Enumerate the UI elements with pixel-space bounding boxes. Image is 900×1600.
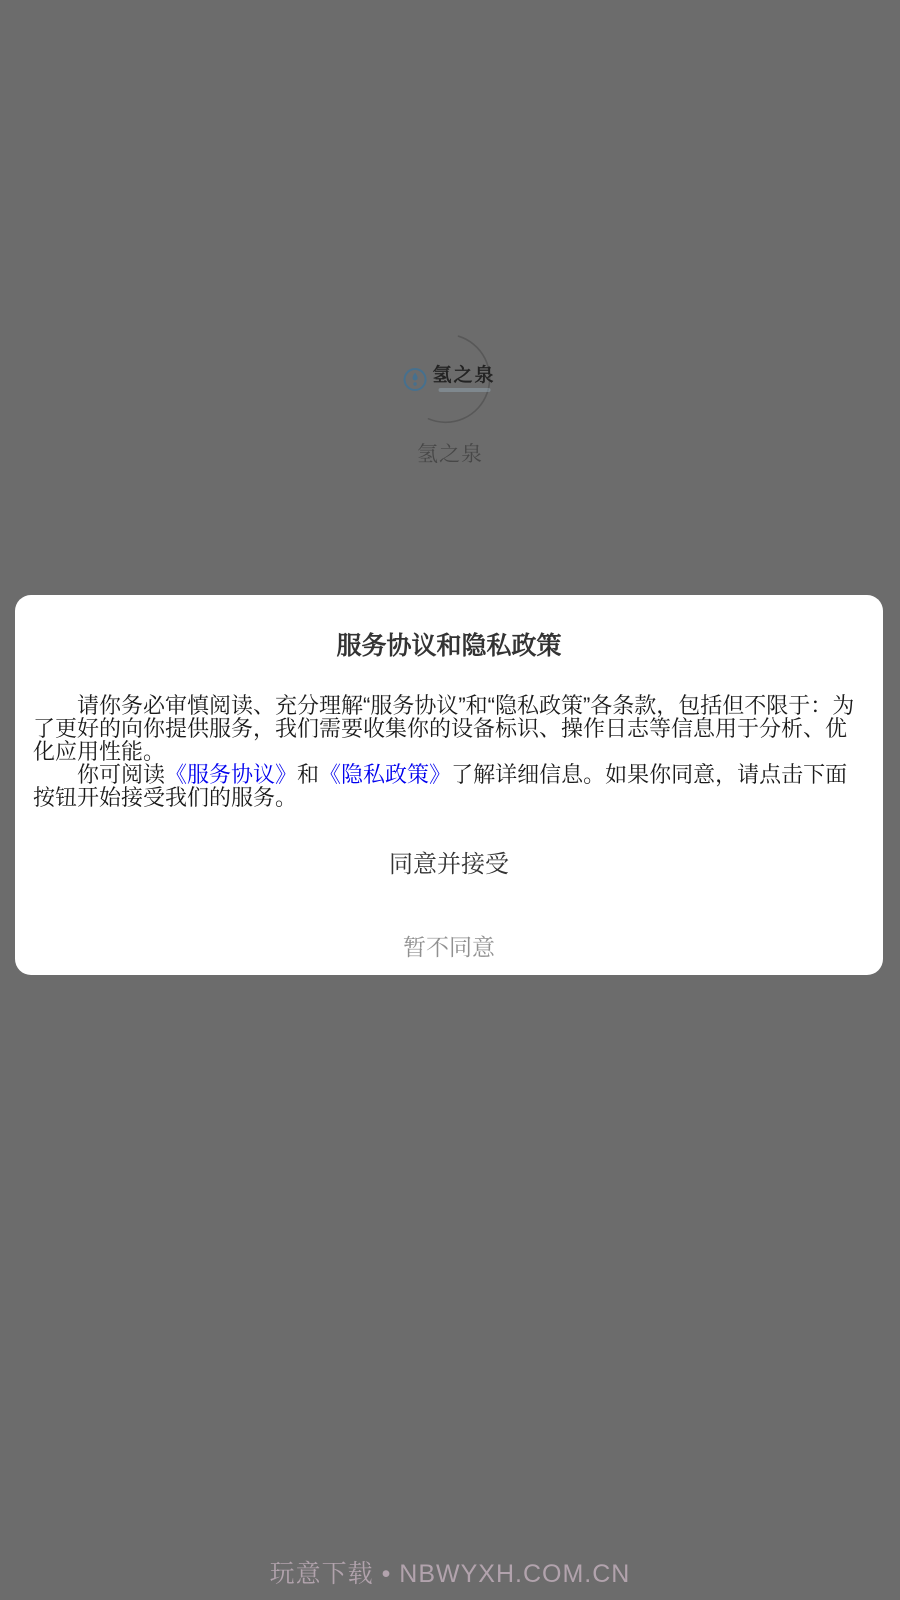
water-drop-logo-icon: [403, 367, 428, 392]
agreement-paragraph-2-mid: 和: [297, 762, 319, 787]
privacy-policy-link[interactable]: 《隐私政策》: [319, 762, 451, 787]
logo-tagline: [438, 388, 490, 392]
logo-wordmark: 氢之泉: [433, 366, 496, 385]
agreement-paragraph-2: 你可阅读《服务协议》和《隐私政策》了解详细信息。如果你同意，请点击下面按钮开始接…: [33, 763, 865, 809]
agreement-paragraph-1-text: 请你务必审慎阅读、充分理解“服务协议”和“隐私政策”各条款，包括但不限于：为了更…: [33, 693, 854, 764]
dialog-title: 服务协议和隐私政策: [33, 626, 865, 662]
app-logo: 氢之泉: [403, 366, 496, 392]
service-agreement-link[interactable]: 《服务协议》: [165, 762, 297, 787]
agreement-paragraph-2-prefix: 你可阅读: [77, 762, 165, 787]
dialog-body: 请你务必审慎阅读、充分理解“服务协议”和“隐私政策”各条款，包括但不限于：为了更…: [33, 694, 865, 809]
privacy-agreement-dialog: 服务协议和隐私政策 请你务必审慎阅读、充分理解“服务协议”和“隐私政策”各条款，…: [15, 595, 883, 975]
agree-accept-button[interactable]: 同意并接受: [33, 844, 865, 879]
site-watermark: 玩意下载 • NBWYXH.COM.CN: [0, 1554, 900, 1590]
app-name-label: 氢之泉: [0, 438, 900, 468]
disagree-button[interactable]: 暂不同意: [33, 929, 865, 962]
agreement-paragraph-1: 请你务必审慎阅读、充分理解“服务协议”和“隐私政策”各条款，包括但不限于：为了更…: [33, 694, 865, 763]
